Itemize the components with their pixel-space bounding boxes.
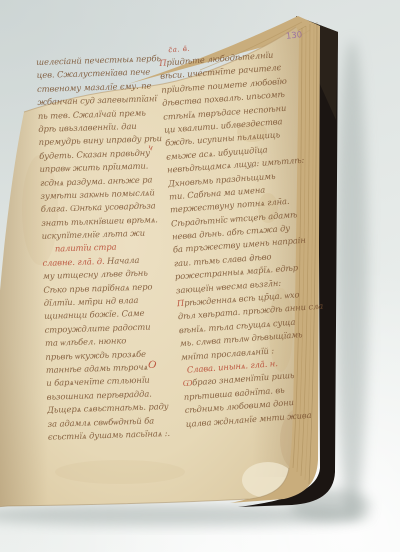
book-illustration [0, 0, 400, 552]
manuscript-page [0, 27, 320, 510]
manuscript-photo: 130 шелесіанй печестныѧ пербьцев. Сжалус… [0, 0, 400, 552]
